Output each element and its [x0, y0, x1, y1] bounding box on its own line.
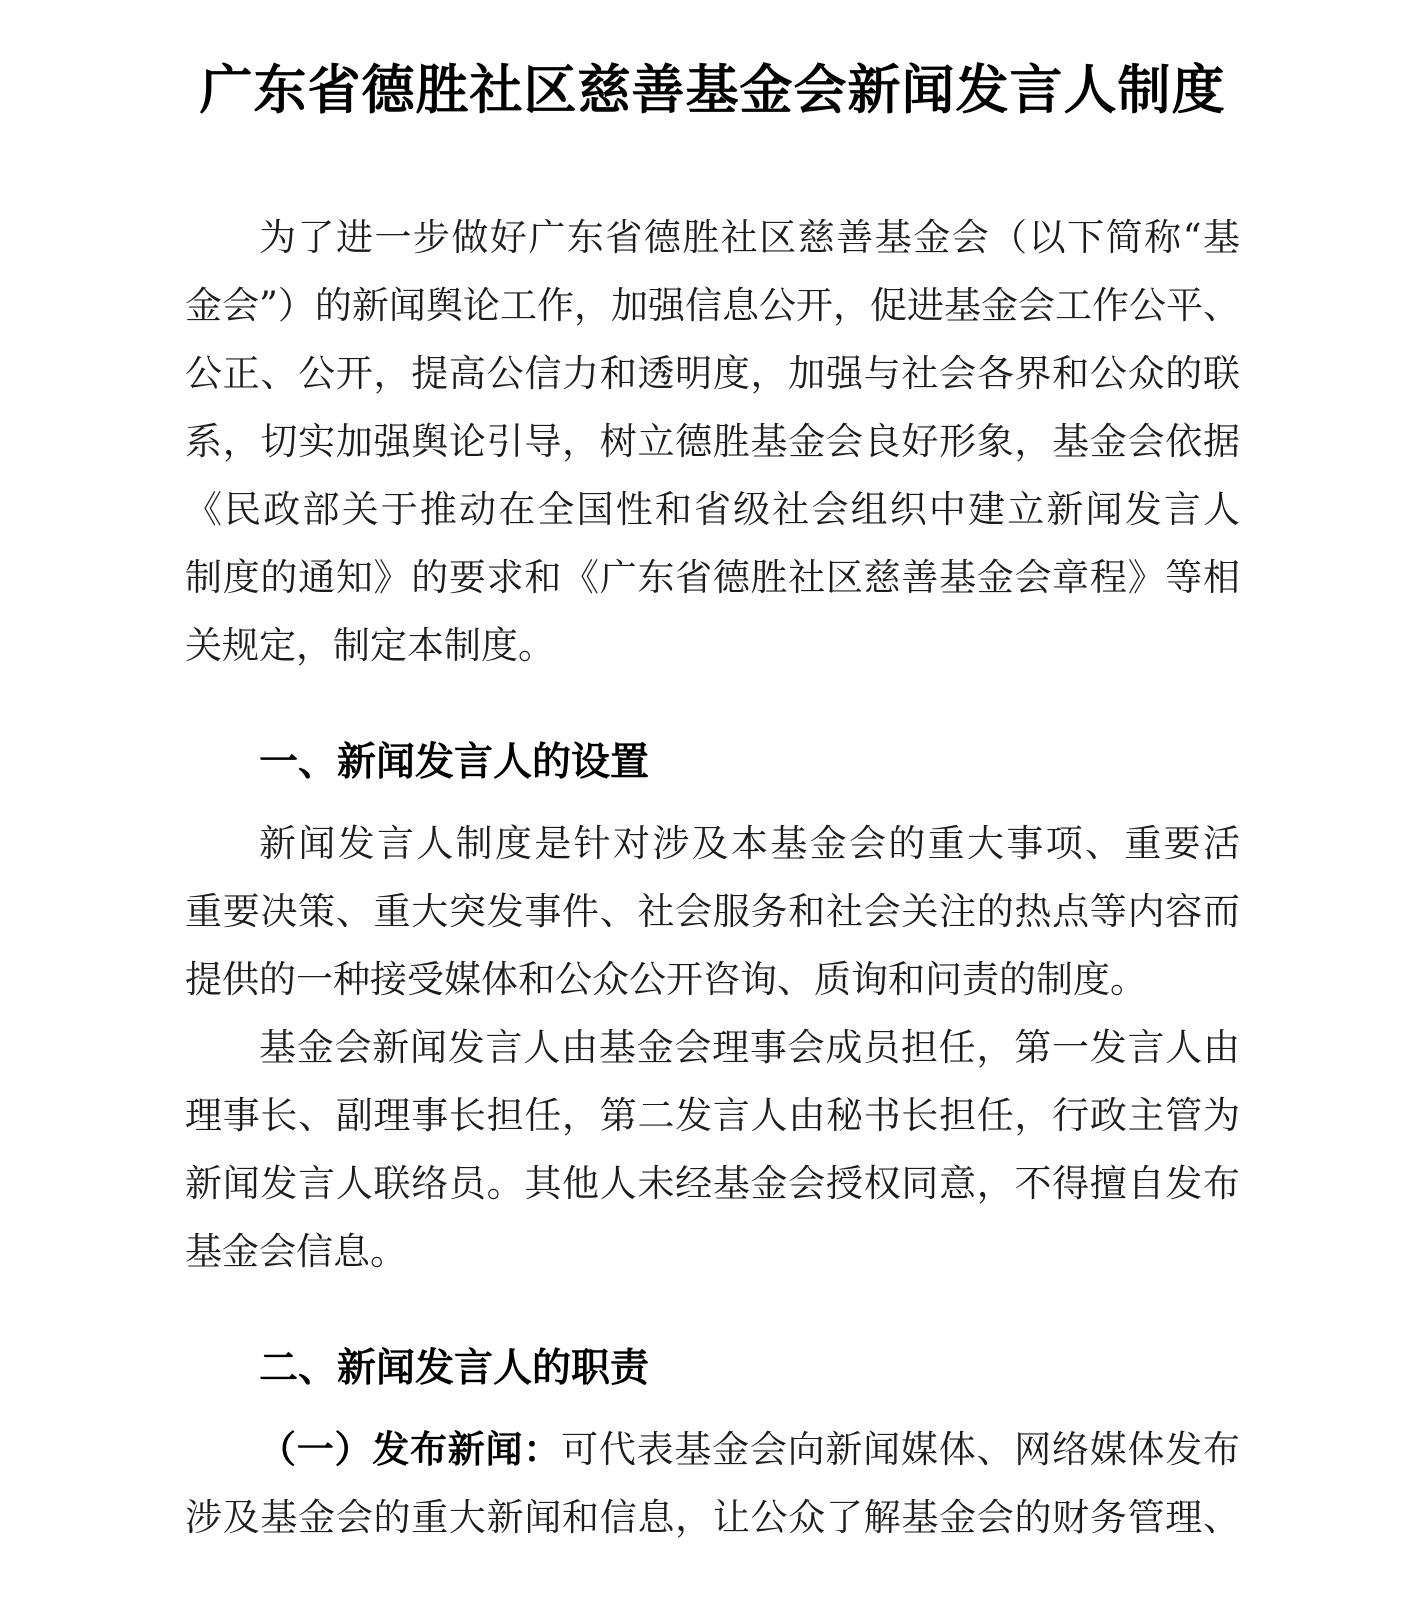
text-line: 系，切实加强舆论引导，树立德胜基金会良好形象，基金会依据 — [185, 408, 1240, 476]
document-content: 广东省德胜社区慈善基金会新闻发言人制度 为了进一步做好广东省德胜社区慈善基金会（… — [0, 0, 1425, 1552]
text-line: 基金会信息。 — [185, 1218, 1240, 1286]
text-line: 为了进一步做好广东省德胜社区慈善基金会（以下简称“基 — [185, 204, 1240, 272]
document-title: 广东省德胜社区慈善基金会新闻发言人制度 — [185, 52, 1240, 130]
text-line: 基金会新闻发言人由基金会理事会成员担任，第一发言人由 — [185, 1014, 1240, 1082]
text-line: 理事长、副理事长担任，第二发言人由秘书长担任，行政主管为 — [185, 1082, 1240, 1150]
section-1-paragraph-1: 新闻发言人制度是针对涉及本基金会的重大事项、重要活动、 重要决策、重大突发事件、… — [185, 810, 1240, 1014]
text-line: 新闻发言人制度是针对涉及本基金会的重大事项、重要活动、 — [185, 810, 1240, 878]
text-line: 《民政部关于推动在全国性和省级社会组织中建立新闻发言人 — [185, 476, 1240, 544]
text-line: 关规定，制定本制度。 — [185, 612, 1240, 680]
text-line: 涉及基金会的重大新闻和信息，让公众了解基金会的财务管理、 — [185, 1484, 1240, 1552]
document-page: 广东省德胜社区慈善基金会新闻发言人制度 为了进一步做好广东省德胜社区慈善基金会（… — [0, 0, 1425, 1600]
item-first-line-text: 可代表基金会向新闻媒体、网络媒体发布 — [561, 1428, 1240, 1471]
text-line: 金会”）的新闻舆论工作，加强信息公开，促进基金会工作公平、 — [185, 272, 1240, 340]
text-line: 重要决策、重大突发事件、社会服务和社会关注的热点等内容而 — [185, 878, 1240, 946]
text-line: （一）发布新闻：可代表基金会向新闻媒体、网络媒体发布 — [185, 1416, 1240, 1484]
text-line: 提供的一种接受媒体和公众公开咨询、质询和问责的制度。 — [185, 946, 1240, 1014]
intro-paragraph: 为了进一步做好广东省德胜社区慈善基金会（以下简称“基 金会”）的新闻舆论工作，加… — [185, 204, 1240, 680]
text-line: 公正、公开，提高公信力和透明度，加强与社会各界和公众的联 — [185, 340, 1240, 408]
section-1-heading: 一、新闻发言人的设置 — [185, 738, 1240, 788]
section-2-item-1: （一）发布新闻：可代表基金会向新闻媒体、网络媒体发布 涉及基金会的重大新闻和信息… — [185, 1416, 1240, 1552]
section-2-heading: 二、新闻发言人的职责 — [185, 1344, 1240, 1394]
text-line: 制度的通知》的要求和《广东省德胜社区慈善基金会章程》等相 — [185, 544, 1240, 612]
text-line: 新闻发言人联络员。其他人未经基金会授权同意，不得擅自发布 — [185, 1150, 1240, 1218]
item-lead-label: （一）发布新闻： — [259, 1429, 561, 1470]
section-1-paragraph-2: 基金会新闻发言人由基金会理事会成员担任，第一发言人由 理事长、副理事长担任，第二… — [185, 1014, 1240, 1286]
